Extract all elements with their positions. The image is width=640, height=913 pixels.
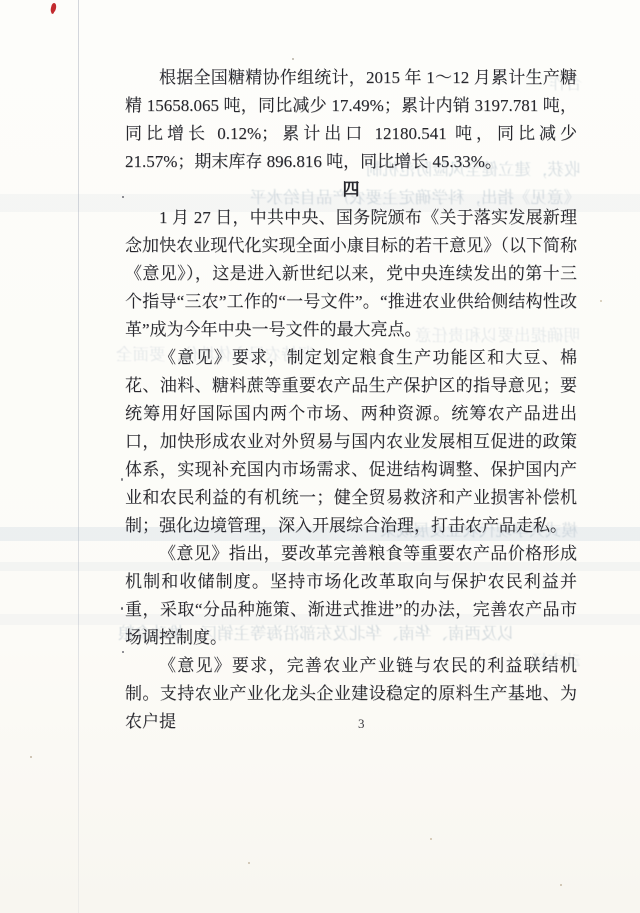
document-body: 根据全国糖精协作组统计，2015 年 1～12 月累计生产糖精 15658.06… [125, 64, 577, 736]
paper-speck [430, 838, 432, 840]
paragraph-opinions-points-out: 《意见》指出，要改革完善粮食等重要农产品价格形成机制和收储制度。坚持市场化改革取… [125, 540, 577, 652]
page-number: 3 [358, 716, 365, 732]
paper-crease-line [78, 0, 79, 913]
paragraph-opinions-requires-2: 《意见》要求，完善农业产业链与农民的利益联结机制。支持农业产业化龙头企业建设稳定… [125, 652, 577, 736]
paragraph-document-no1-intro: 1 月 27 日，中共中央、国务院颁布《关于落实发展新理念加快农业现代化实现全面… [125, 204, 577, 344]
paragraph-saccharin-statistics: 根据全国糖精协作组统计，2015 年 1～12 月累计生产糖精 15658.06… [125, 64, 577, 176]
red-pen-mark [50, 3, 57, 14]
section-heading-four: 四 [125, 176, 577, 204]
paragraph-opinions-requires-1: 《意见》要求，制定划定粮食生产功能区和大豆、棉花、油料、糖料蔗等重要农产品生产保… [125, 344, 577, 540]
paper-speck [560, 884, 562, 886]
paper-speck [30, 756, 32, 758]
scanned-document-page: 合作 收获，建立健全风险防范机制 《意见》指出，科学确定主要农产品自给水平 明确… [0, 0, 640, 913]
paper-speck [121, 478, 123, 481]
paper-speck [600, 300, 602, 302]
paper-speck [292, 58, 294, 60]
paper-speck [122, 651, 124, 653]
paper-speck [248, 862, 250, 864]
paper-speck [122, 196, 124, 198]
paper-speck [121, 607, 123, 610]
